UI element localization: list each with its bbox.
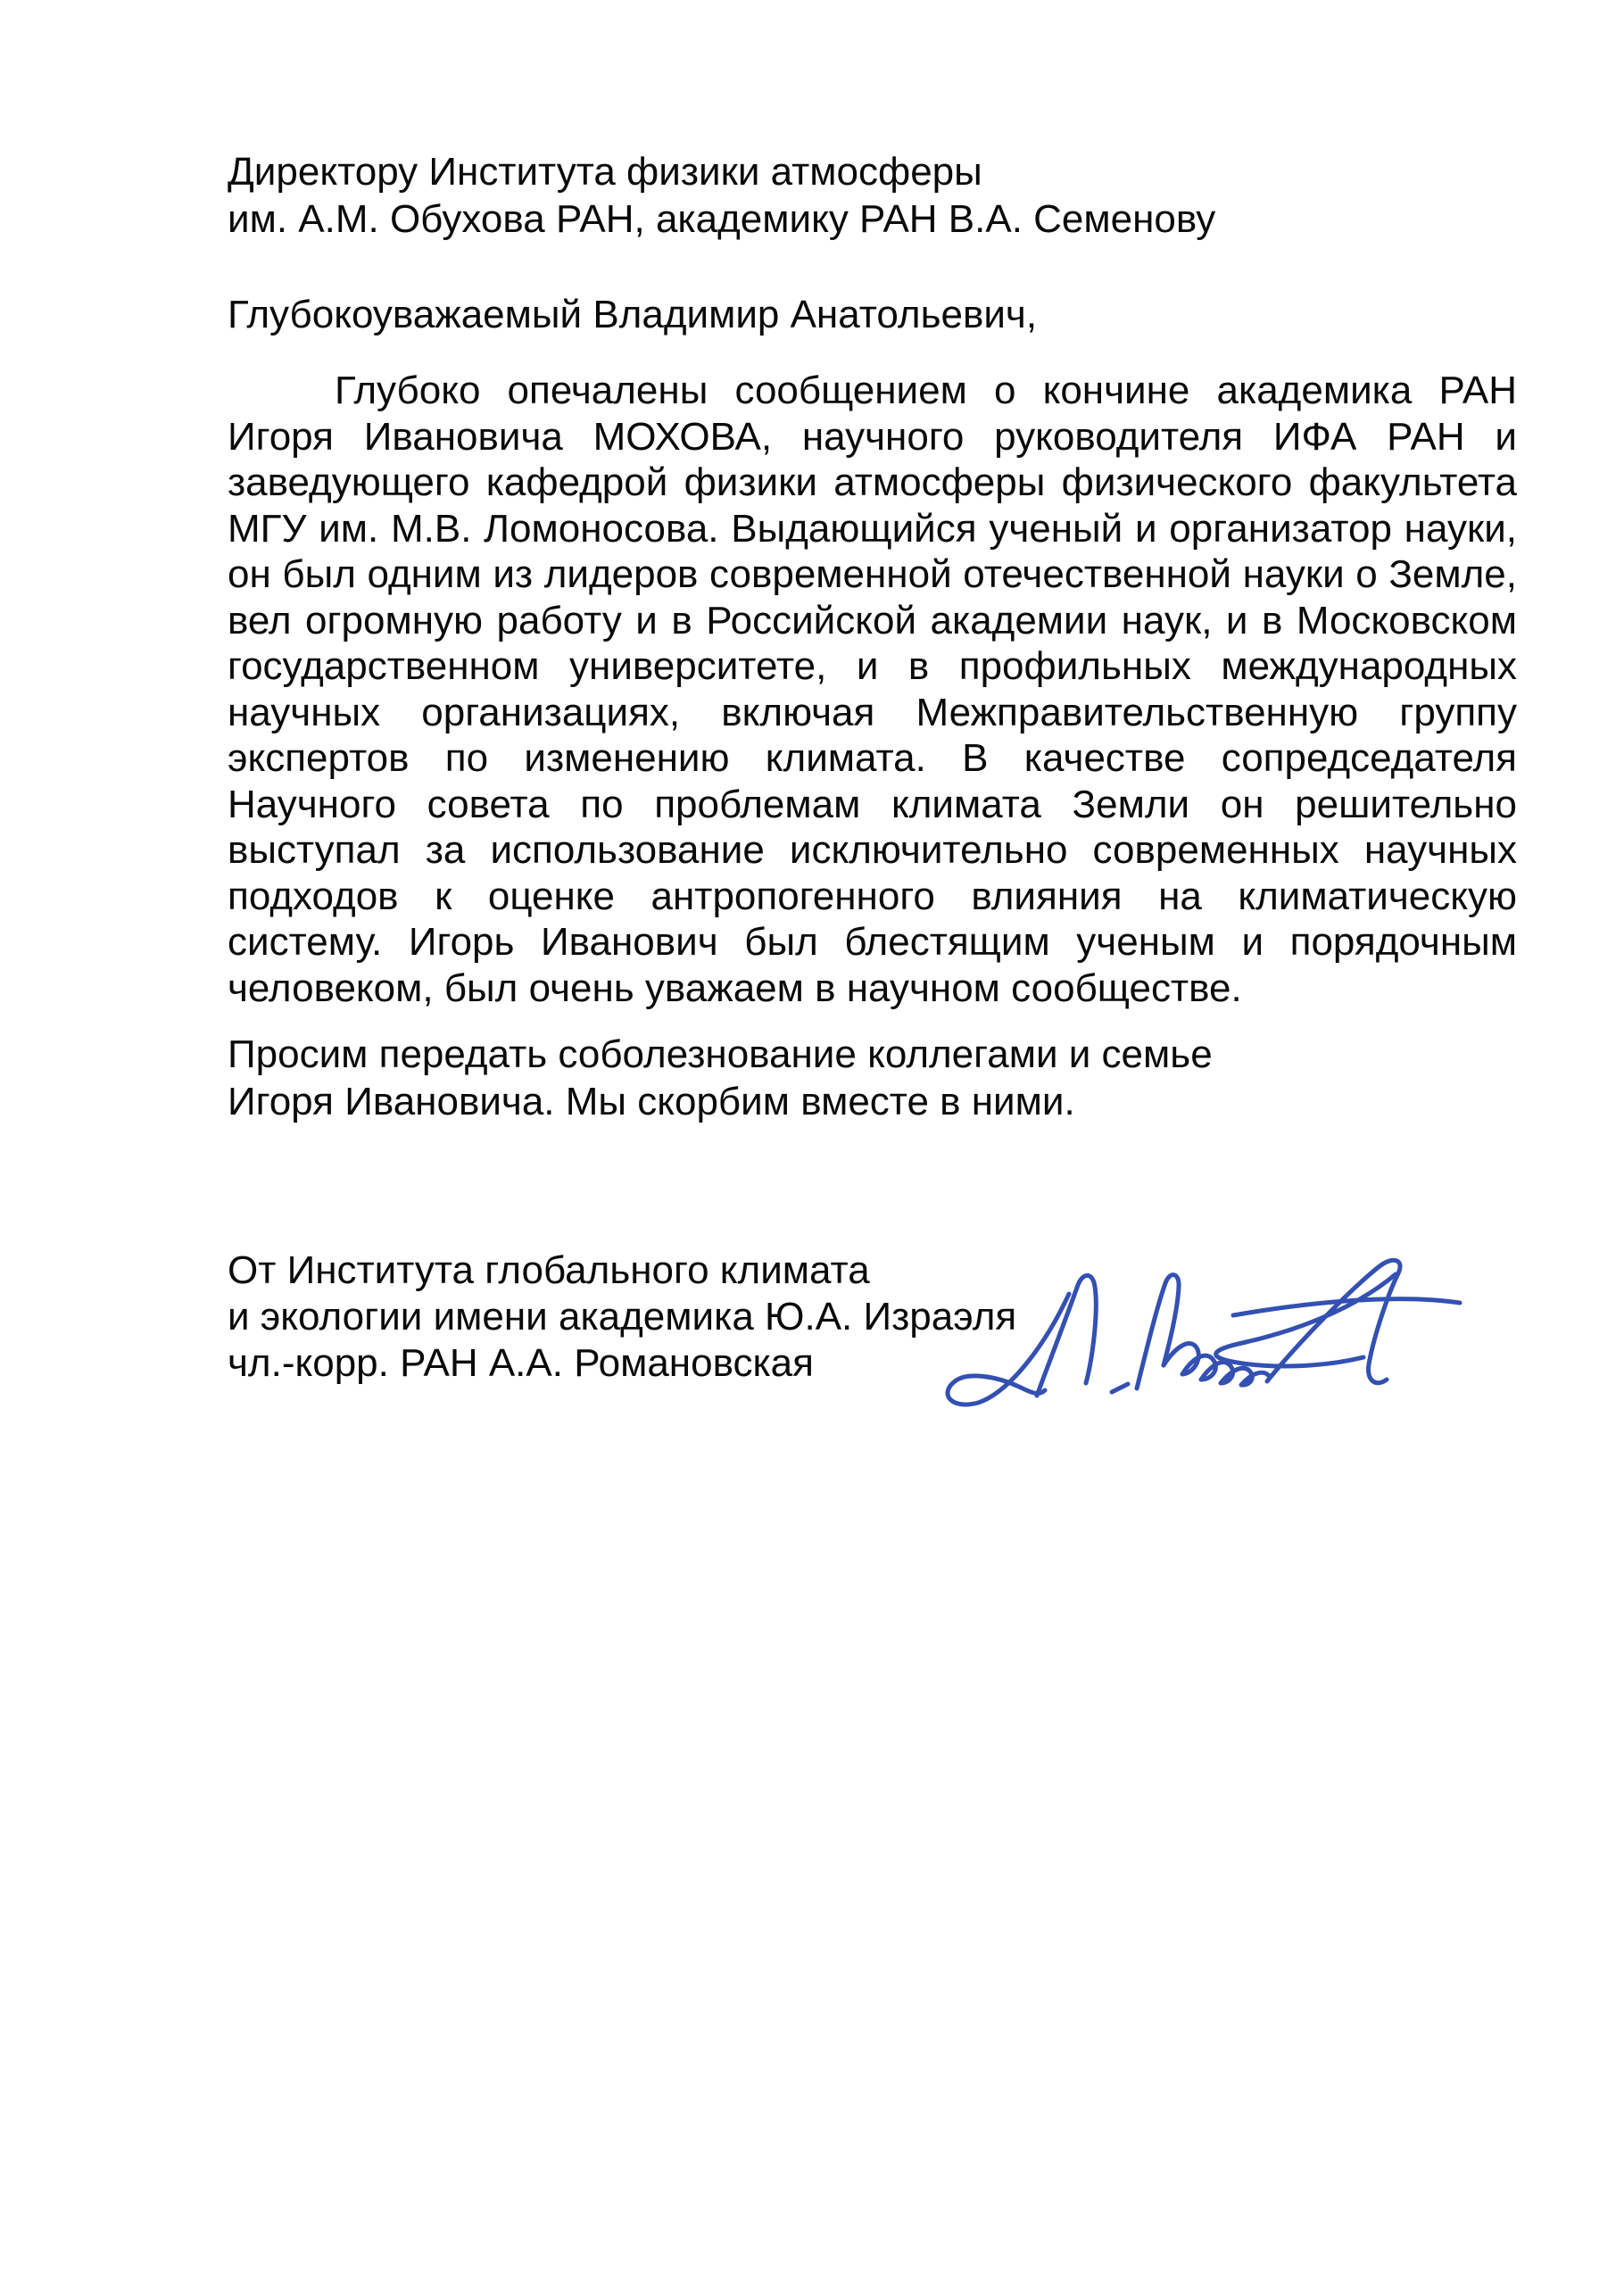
letter-body-paragraph: Глубоко опечалены сообщением о кончине а… <box>228 368 1517 1011</box>
signature-org-line-2: и экологии имени академика Ю.А. Израэля <box>228 1294 1016 1340</box>
letter-page: Директору Института физики атмосферы им.… <box>0 0 1624 2296</box>
signature-name-line: чл.-корр. РАН А.А. Романовская <box>228 1340 1016 1387</box>
recipient-block: Директору Института физики атмосферы им.… <box>228 148 1215 243</box>
signature-ink-strokes <box>948 1260 1460 1405</box>
recipient-line-2: им. А.М. Обухова РАН, академику РАН В.А.… <box>228 195 1215 243</box>
recipient-line-1: Директору Института физики атмосферы <box>228 148 1215 195</box>
handwritten-signature <box>937 1239 1465 1419</box>
request-line-2: Игоря Ивановича. Мы скорбим вместе в ним… <box>228 1078 1213 1125</box>
request-block: Просим передать соболезнование коллегами… <box>228 1031 1213 1125</box>
signature-org-line-1: От Института глобального климата <box>228 1247 1016 1294</box>
request-line-1: Просим передать соболезнование коллегами… <box>228 1031 1213 1078</box>
salutation: Глубокоуважаемый Владимир Анатольевич, <box>228 291 1037 338</box>
signature-text-block: От Института глобального климата и эколо… <box>228 1247 1016 1387</box>
